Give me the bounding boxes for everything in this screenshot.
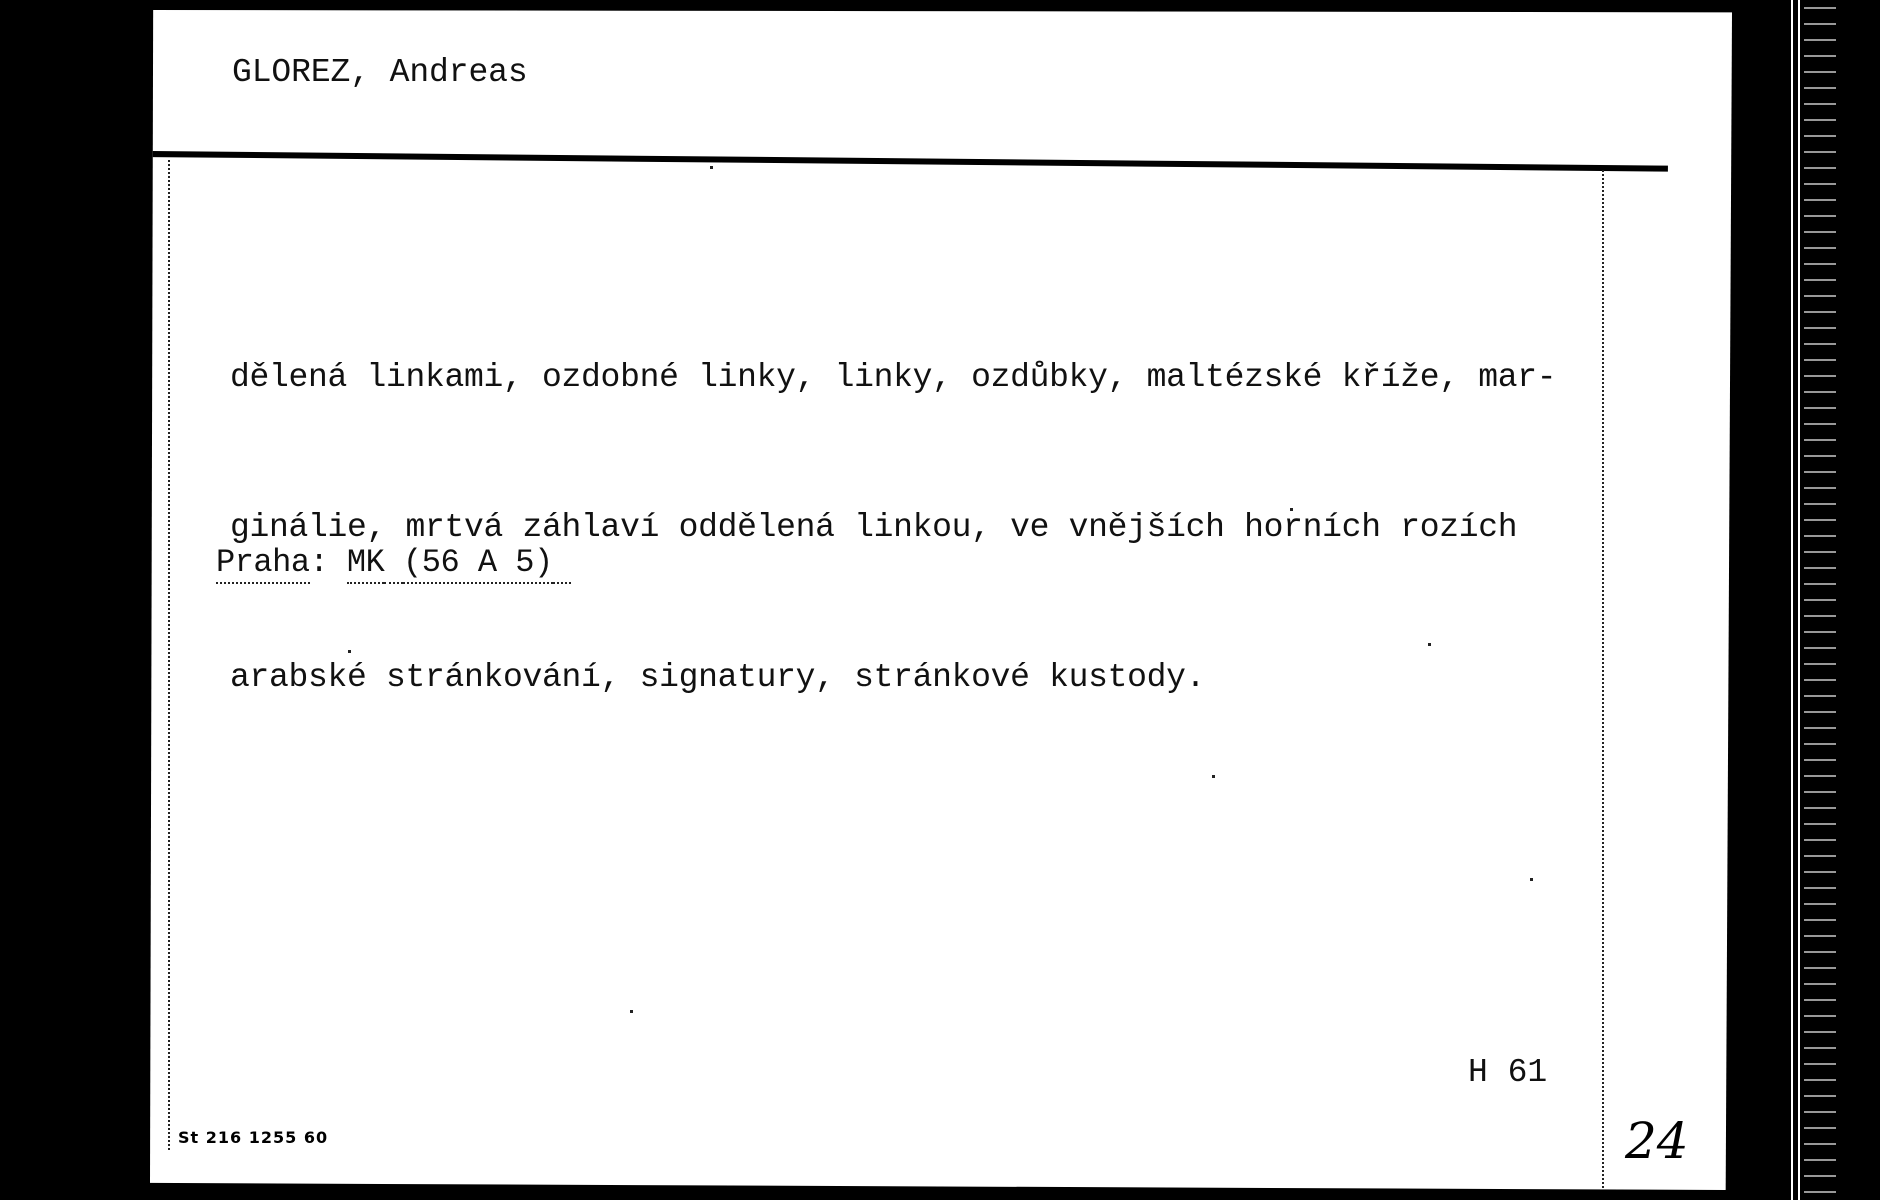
scan-speck [1212, 775, 1215, 778]
scan-speck [348, 650, 351, 653]
library-code: MK [347, 544, 384, 584]
catalog-code: H 61 [1468, 1054, 1547, 1091]
location-city: Praha [216, 544, 310, 584]
handwritten-number: 24 [1625, 1112, 1689, 1170]
scan-speck [1530, 878, 1533, 881]
film-edge-noise [1804, 0, 1836, 1200]
heading-divider [146, 151, 1668, 172]
card-description: dělená linkami, ozdobné linky, linky, oz… [230, 253, 1556, 803]
print-code: St 216 1255 60 [178, 1128, 328, 1147]
scan-speck [630, 1010, 633, 1013]
catalog-card: GLOREZ, Andreas dělená linkami, ozdobné … [150, 10, 1732, 1190]
scan-speck [710, 166, 713, 169]
scan-speck [1290, 508, 1293, 511]
card-heading: GLOREZ, Andreas [232, 54, 528, 91]
right-margin-line [1602, 170, 1604, 1200]
left-margin-line [168, 160, 170, 1150]
holding-location: Praha: MK (56 A 5) [216, 544, 571, 581]
film-edge-line [1791, 0, 1793, 1200]
location-separator: : [310, 544, 329, 581]
description-line: dělená linkami, ozdobné linky, linky, oz… [230, 353, 1556, 403]
description-line: arabské stránkování, signatury, stránkov… [230, 653, 1556, 703]
film-edge-line [1798, 0, 1800, 1200]
scan-speck [1428, 643, 1431, 646]
shelfmark: (56 A 5) [403, 544, 553, 584]
